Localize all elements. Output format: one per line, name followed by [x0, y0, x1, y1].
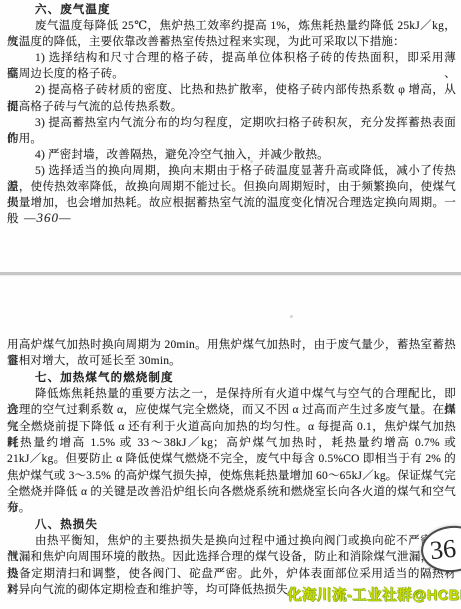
page-bottom-lines: 用高炉煤气加热时换向周期为 20min。用焦炉煤气加热时，由于废气量少，蓄热室蓄… [7, 337, 456, 599]
scan-noise-dot [250, 160, 253, 163]
text-line: 耗热量约增高 1.5% 或 33～38kJ／kg；高炉煤气加热时，耗热量约增高 … [7, 435, 456, 451]
text-line: 21kJ／kg。但要防止 α 降低使煤气燃烧不完全，废气中每含 0.5%CO 即… [7, 451, 456, 467]
text-line: 1) 选择结构和尺寸合理的格子砖，提高单位体积格子砖的传热面积，即采用薄壁、 [7, 50, 456, 66]
page-top-text-block: 六、废气温度废气温度每降低 25℃，焦炉热工效率约提高 1%，炼焦耗热量约降低 … [7, 2, 456, 211]
text-line: 合理的空气过剩系数 α，应使煤气完全燃烧，而又不因 α 过高而产生过多废气量。在… [7, 402, 456, 418]
text-line: 降低炼焦耗热量的重要方法之一，是保持所有火道中煤气与空气的合理配比，即选择 [7, 386, 456, 402]
scanned-document-page: 六、废气温度废气温度每降低 25℃，焦炉热工效率约提高 1%，炼焦耗热量约降低 … [0, 0, 461, 609]
text-line: 5) 选择适当的换向周期，换向末期由于格子砖温度显著升高或降低，减小了传热温 [7, 163, 456, 179]
text-line: 布。 [7, 500, 456, 516]
page-scan-seam [0, 272, 461, 275]
text-line: 3) 提高蓄热室内气流分布的均匀程度，定期吹扫格子砖积灰，充分发挥蓄热表面的 [7, 115, 456, 131]
text-line: 七、加热煤气的燃烧制度 [7, 370, 456, 386]
text-line: 作用。 [7, 131, 456, 147]
page-bottom-text-block: 用高炉煤气加热时换向周期为 20min。用焦炉煤气加热时，由于废气量少，蓄热室蓄… [7, 337, 456, 599]
text-line: 废气温度每降低 25℃，焦炉热工效率约提高 1%，炼焦耗热量约降低 25kJ／k… [7, 18, 456, 34]
text-line: 完全燃烧前提下降低 α 还有利于火道高向加热的均匀性。α 每提高 0.1，焦炉煤… [7, 419, 456, 435]
text-line: 由热平衡知，焦炉的主要热损失是换向过程中通过换向阀门或换向砣不严密处煤气的 [7, 533, 456, 549]
text-line: 4) 严密封墙，改善隔热，避免冷空气抽入，并减少散热。 [7, 147, 456, 163]
text-line: 差，使传热效率降低，故换向周期不能过长。但换向周期短时，由于频繁换向，使煤气损 [7, 179, 456, 195]
text-line: 设备定期清扫和调整，使各阀门、砣盘严密。此外，炉体表面部位采用适当的隔热材料， [7, 566, 456, 582]
text-line: 用高炉煤气加热时换向周期为 20min。用焦炉煤气加热时，由于废气量少，蓄热室蓄… [7, 337, 456, 353]
text-line: 全燃烧并降低 α 的关键是改善沿炉组长向各燃烧系统和燃烧室长向各火道的煤气和空气… [7, 484, 456, 500]
watermark-text: 化海川流-工业社群@HCBBS [287, 584, 461, 605]
scan-noise-dot [290, 315, 293, 318]
text-line: 气温度的降低，主要依靠改善蓄热室传热过程来实现，为此可采取以下措施： [7, 34, 456, 50]
folio-page-number: —360— [24, 210, 72, 226]
text-line: 焦炉煤气或 3～3.5% 的高炉煤气损失掉，使炼焦耗热量增加 60～65kJ／k… [7, 468, 456, 484]
text-line: 八、热损失 [7, 517, 456, 533]
text-line: 2) 提高格子砖材质的密度、比热和热扩散率，使格子砖内部传热系数 φ 增高，从而 [7, 82, 456, 98]
page-top-lines: 六、废气温度废气温度每降低 25℃，焦炉热工效率约提高 1%，炼焦耗热量约降低 … [7, 2, 456, 211]
text-line: 提高格子砖与气流的总传热系数。 [7, 99, 456, 115]
text-line: 失量增加，也会增加热耗。故应根据蓄热室气流的温度变化情况合理选定换向周期。一般 [7, 195, 456, 211]
text-line: 量相对增大，故可延长至 30min。 [7, 353, 456, 369]
text-line: 六、废气温度 [7, 2, 456, 18]
text-line: 泄漏和焦炉向周围环境的散热。因此选择合理的煤气设备，防止和消除煤气泄漏，对加热 [7, 549, 456, 565]
